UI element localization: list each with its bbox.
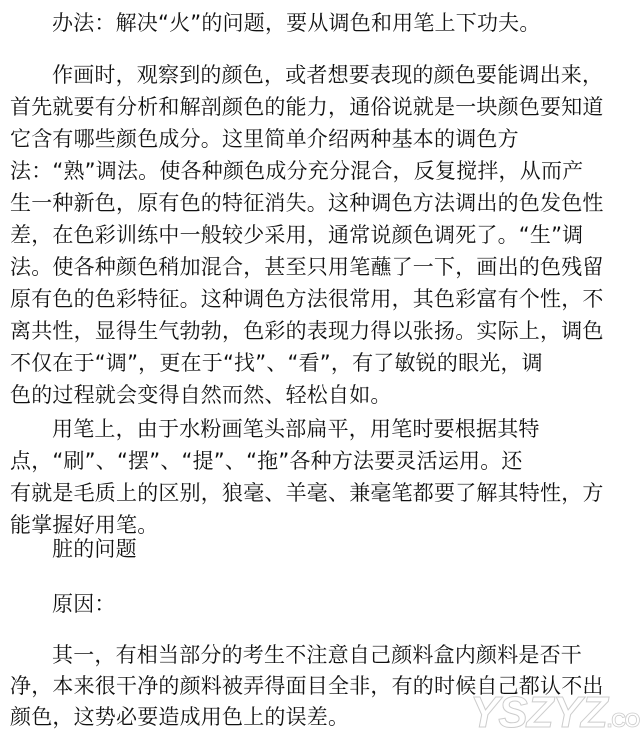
section-label-cause: 原因： xyxy=(52,589,116,619)
paragraph-color-mixing-line: 原有色的色彩特征。这种调色方法很常用，其色彩富有个性，不 xyxy=(10,284,604,314)
site-watermark: YSZYZ.COM xyxy=(470,688,640,737)
watermark-suffix: .COM xyxy=(607,710,640,732)
paragraph-color-mixing-line: 生一种新色，原有色的特征消失。这种调色方法调出的色发色性 xyxy=(10,188,604,218)
paragraph-brush-line: 用笔上，由于水粉画笔头部扁平，用笔时要根据其特 xyxy=(52,414,540,444)
paragraph-color-mixing-line: 首先就要有分析和解剖颜色的能力，通俗说就是一块颜色要知道 xyxy=(10,92,604,122)
section-heading-dirty-problem: 脏的问题 xyxy=(52,534,137,564)
paragraph-color-mixing-line: 法。使各种颜色稍加混合，甚至只用笔蘸了一下，画出的色残留 xyxy=(10,252,604,282)
paragraph-brush-line: 有就是毛质上的区别，狼毫、羊毫、兼毫笔都要了解其特性，方 xyxy=(10,478,604,508)
paragraph-brush-line: 点，“刷”、“摆”、“提”、“拖”各种方法要灵活运用。还 xyxy=(10,446,523,476)
watermark-main: YSZYZ xyxy=(470,688,607,737)
paragraph-color-mixing-line: 法：“熟”调法。使各种颜色成分充分混合，反复搅拌，从而产 xyxy=(10,156,583,186)
paragraph-color-mixing-line: 它含有哪些颜色成分。这里简单介绍两种基本的调色方 xyxy=(10,124,519,154)
paragraph-color-mixing-line: 色的过程就会变得自然而然、轻松自如。 xyxy=(10,380,392,410)
paragraph-color-mixing-line: 差，在色彩训练中一般较少采用，通常说颜色调死了。“生”调 xyxy=(10,220,583,250)
paragraph-color-mixing-line: 不仅在于“调”，更在于“找”、“看”，有了敏锐的眼光，调 xyxy=(10,348,543,378)
paragraph-cause-line: 颜色，这势必要造成用色上的误差。 xyxy=(10,702,349,732)
paragraph-color-mixing-line: 离共性，显得生气勃勃，色彩的表现力得以张扬。实际上，调色 xyxy=(10,316,604,346)
paragraph-cause-line: 其一，有相当部分的考生不注意自己颜料盒内颜料是否干 xyxy=(52,640,582,670)
paragraph-method-intro: 办法：解决“火”的问题，要从调色和用笔上下功夫。 xyxy=(52,8,541,38)
paragraph-color-mixing-line: 作画时，观察到的颜色，或者想要表现的颜色要能调出来， xyxy=(52,60,603,90)
